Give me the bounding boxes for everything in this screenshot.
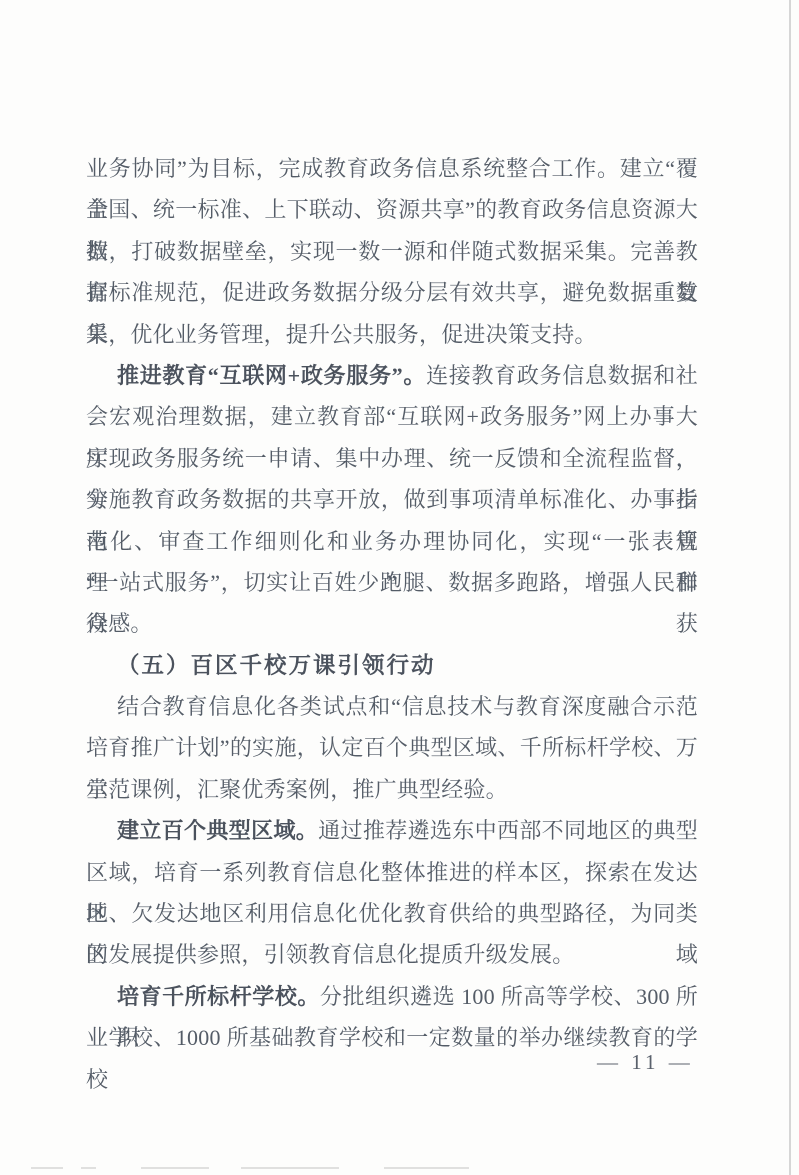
text-segment: 通过推荐遴选东中西部不同地区的典型 (318, 818, 698, 843)
bold-text-segment: 建立百个典型区域。 (117, 818, 318, 843)
text-line: 实施教育政务数据的共享开放，做到事项清单标准化、办事指南规 (86, 479, 698, 520)
section-heading: （五）百区千校万课引领行动 (86, 645, 698, 686)
bold-text-segment: （五）百区千校万课引领行动 (117, 653, 436, 678)
text-line: 据，打破数据壁垒，实现一数一源和伴随式数据采集。完善教育数 (86, 231, 698, 272)
text-line: 全国、统一标准、上下联动、资源共享”的教育政务信息资源大数 (86, 189, 698, 230)
text-line: 区、欠发达地区利用信息化优化教育供给的典型路径，为同类区域 (86, 893, 698, 934)
scan-edge-bottom-line (31, 1167, 63, 1169)
text-line: 范化、审查工作细则化和业务办理协同化，实现“一张表管理”和 (86, 521, 698, 562)
text-line: 结合教育信息化各类试点和“信息技术与教育深度融合示范 (86, 686, 698, 727)
text-line: 培育推广计划”的实施，认定百个典型区域、千所标杆学校、万堂 (86, 727, 698, 768)
text-segment: 的发展提供参照，引领教育信息化提质升级发展。 (86, 942, 574, 967)
text-line: 实现政务服务统一申请、集中办理、统一反馈和全流程监督，分步 (86, 438, 698, 479)
text-line: 培育千所标杆学校。分批组织遴选 100 所高等学校、300 所职 (86, 976, 698, 1017)
text-line: 会宏观治理数据，建立教育部“互联网+政务服务”网上办事大厅， (86, 396, 698, 437)
document-text: 业务协同”为目标，完成教育政务信息系统整合工作。建立“覆盖全国、统一标准、上下联… (86, 148, 698, 1059)
text-line: 据标准规范，促进政务数据分级分层有效共享，避免数据重复采 (86, 272, 698, 313)
scan-edge-bottom-line (384, 1167, 469, 1169)
text-line: “一站式服务”，切实让百姓少跑腿、数据多跑路，增强人民群众获 (86, 562, 698, 603)
text-line: 建立百个典型区域。通过推荐遴选东中西部不同地区的典型 (86, 810, 698, 851)
text-segment: 连接教育政务信息数据和社 (426, 363, 698, 388)
scan-edge-bottom-line (141, 1167, 209, 1169)
scan-edge-bottom-line (241, 1167, 339, 1169)
scanned-page: 业务协同”为目标，完成教育政务信息系统整合工作。建立“覆盖全国、统一标准、上下联… (0, 0, 799, 1175)
text-line: 集，优化业务管理，提升公共服务，促进决策支持。 (86, 314, 698, 355)
text-line: 示范课例，汇聚优秀案例，推广典型经验。 (86, 769, 698, 810)
scan-edge-bottom-line (81, 1167, 96, 1169)
page-number: — 11 — (597, 1050, 694, 1075)
text-segment: “一站式服务”，切实让百姓少跑腿、数据多跑路，增强人民群众获 (86, 570, 698, 636)
text-segment: 示范课例，汇聚优秀案例，推广典型经验。 (86, 777, 508, 802)
text-line: 业务协同”为目标，完成教育政务信息系统整合工作。建立“覆盖 (86, 148, 698, 189)
scan-edge-vertical-line (789, 0, 791, 1175)
text-segment: 得感。 (86, 611, 153, 636)
bold-text-segment: 推进教育“互联网+政务服务”。 (117, 363, 426, 388)
text-line: 推进教育“互联网+政务服务”。连接教育政务信息数据和社 (86, 355, 698, 396)
text-line: 区域，培育一系列教育信息化整体推进的样本区，探索在发达地 (86, 852, 698, 893)
text-segment: 结合教育信息化各类试点和“信息技术与教育深度融合示范 (117, 694, 698, 719)
text-segment: 集，优化业务管理，提升公共服务，促进决策支持。 (86, 322, 597, 347)
bold-text-segment: 培育千所标杆学校。 (117, 984, 320, 1009)
